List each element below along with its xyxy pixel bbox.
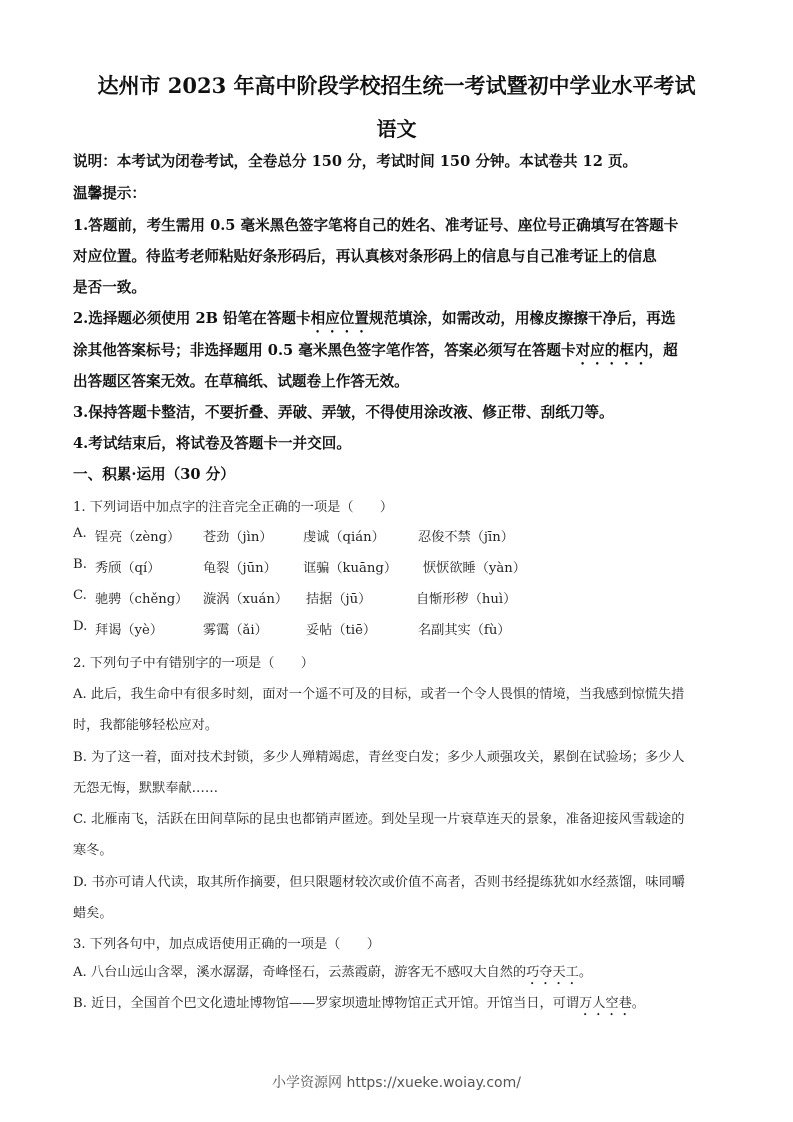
q2-option-c-line-2: 寒冬。 <box>73 839 723 858</box>
emphasized-idiom: 万人空巷 <box>579 996 632 1011</box>
q2-option-b-line-2: 无怨无悔，默默奉献…… <box>73 777 723 796</box>
q2-option-d-line-2: 蜡矣。 <box>73 902 723 921</box>
q2-option-a-line-1: A. 此后，我生命中有很多时刻，面对一个遥不可及的目标，或者一个令人畏惧的情境，… <box>73 683 723 702</box>
option-text: 。 <box>632 996 645 1011</box>
option-label: C. <box>73 588 87 603</box>
emphasized-idiom: 巧夺天工 <box>526 965 579 980</box>
tip-3: 3.保持答题卡整洁，不要折叠、弄破、弄皱，不得使用涂改液、修正带、刮纸刀等。 <box>73 401 723 422</box>
tip-2-text: ，超 <box>649 342 678 359</box>
exam-subject: 语文 <box>0 113 793 142</box>
tip-1-line-1: 1.答题前，考生需用 0.5 毫米黑色签字笔将自己的姓名、准考证号、座位号正确填… <box>73 214 723 235</box>
option-label: D. <box>73 619 87 634</box>
question-2-stem: 2. 下列句子中有错别字的一项是（ ） <box>73 652 723 671</box>
option-item: 诓骗（kuāng） <box>303 557 397 576</box>
q3-option-a: A. 八台山远山含翠，溪水潺潺，奇峰怪石，云蒸霞蔚，游客无不感叹大自然的巧夺天工… <box>73 961 723 988</box>
tip-2-line-2: 涂其他答案标号；非选择题用 0.5 毫米黑色签字笔作答，答案必须写在答题卡对应的… <box>73 339 723 368</box>
option-item: 妥帖（tiē） <box>306 619 376 638</box>
tip-2-text: 2.选择题必须使用 2B 铅笔在答题卡 <box>73 310 311 327</box>
option-label: B. <box>73 557 87 572</box>
option-item: 忍俊不禁（jīn） <box>418 526 514 545</box>
option-item: 拮据（jū） <box>306 588 371 607</box>
q3-option-b: B. 近日，全国首个巴文化遗址博物馆——罗家坝遗址博物馆正式开馆。开馆当日，可谓… <box>73 992 723 1019</box>
q2-option-a-line-2: 时，我都能够轻松应对。 <box>73 714 723 733</box>
tip-2-line-3: 出答题区答案无效。在草稿纸、试题卷上作答无效。 <box>73 370 723 391</box>
option-text: 。 <box>579 965 592 980</box>
option-item: 自惭形秽（huì） <box>416 588 516 607</box>
option-item: 秀颀（qí） <box>95 557 160 576</box>
q2-option-d-line-1: D. 书亦可请人代读，取其所作摘要，但只限题材较次或价值不高者，否则书经提练犹如… <box>73 871 723 890</box>
option-item: 亮（zèng） <box>109 526 180 545</box>
exam-title: 达州市 2023 年高中阶段学校招生统一考试暨初中学业水平考试 <box>0 70 793 100</box>
option-item: 苍劲（jìn） <box>203 526 273 545</box>
option-item: 名副其实（fù） <box>418 619 511 638</box>
tip-2-text: 涂其他答案标号；非选择题用 0.5 毫米黑色签字笔作答，答案必须写在答题卡 <box>73 342 576 359</box>
tip-1-line-3: 是否一致。 <box>73 276 723 297</box>
option-text: B. 近日，全国首个巴文化遗址博物馆——罗家坝遗址博物馆正式开馆。开馆当日，可谓 <box>73 996 579 1011</box>
option-text: A. 八台山远山含翠，溪水潺潺，奇峰怪石，云蒸霞蔚，游客无不感叹大自然的 <box>73 965 526 980</box>
tip-4: 4.考试结束后，将试卷及答题卡一并交回。 <box>73 432 723 453</box>
watermark-footer: 小学资源网 https://xueke.woiay.com/ <box>0 1072 793 1092</box>
exam-note: 说明：本考试为闭卷考试，全卷总分 150 分，考试时间 150 分钟。本试卷共 … <box>73 150 723 171</box>
question-3-stem: 3. 下列各句中，加点成语使用正确的一项是（ ） <box>73 933 723 952</box>
tips-heading: 温馨提示： <box>73 182 723 203</box>
option-item: 雾霭（ǎi） <box>203 619 268 638</box>
option-item: 锃 <box>95 526 108 545</box>
exam-page: 达州市 2023 年高中阶段学校招生统一考试暨初中学业水平考试 语文 说明：本考… <box>0 0 793 1122</box>
q2-option-c-line-1: C. 北雁南飞，活跃在田间草际的昆虫也都销声匿迹。到处呈现一片衰草连天的景象，准… <box>73 808 723 827</box>
option-item: 漩涡（xuán） <box>203 588 288 607</box>
option-label: A. <box>73 526 87 541</box>
option-item: 拜谒（yè） <box>95 619 163 638</box>
q2-option-b-line-1: B. 为了这一着，面对技术封锁，多少人殚精竭虑，青丝变白发；多少人顽强攻关，累倒… <box>73 746 723 765</box>
option-item: 恹恹欲睡（yàn） <box>423 557 526 576</box>
emphasized-text: 相应位置 <box>311 310 369 327</box>
section-heading: 一、积累·运用（30 分） <box>73 463 723 484</box>
emphasized-text: 对应的框内 <box>576 342 649 359</box>
option-item: 驰骋（chěng） <box>95 588 188 607</box>
option-item: 虔诚（qián） <box>303 526 385 545</box>
question-1-stem: 1. 下列词语中加点字的注音完全正确的一项是（ ） <box>73 496 723 515</box>
tip-2-line-1: 2.选择题必须使用 2B 铅笔在答题卡相应位置规范填涂，如需改动，用橡皮擦擦干净… <box>73 307 723 336</box>
tip-1-line-2: 对应位置。待监考老师粘贴好条形码后，再认真核对条形码上的信息与自己准考证上的信息 <box>73 245 723 266</box>
option-item: 龟裂（jūn） <box>203 557 277 576</box>
tip-2-text: 规范填涂，如需改动，用橡皮擦擦干净后，再选 <box>369 310 675 327</box>
